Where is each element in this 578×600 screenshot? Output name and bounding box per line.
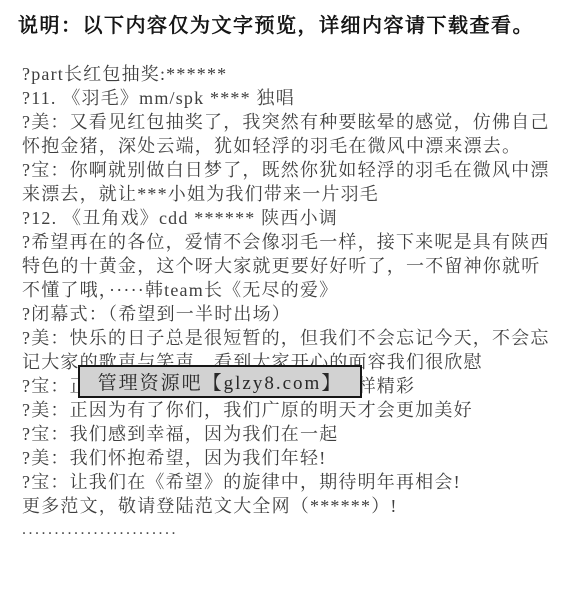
- text-line: 特色的十黄金，这个呀大家就更要好好听了，一不留神你就听: [22, 254, 578, 278]
- document-preview-page: 说明：以下内容仅为文字预览，详细内容请下载查看。 ?part长红包抽奖:****…: [0, 0, 578, 600]
- text-line: 不懂了哦，·····韩team长《无尽的爱》: [22, 278, 578, 302]
- watermark-text: 管理资源吧【glzy8.com】: [98, 368, 343, 395]
- text-line: ?闭幕式：（希望到一半时出场）: [22, 302, 578, 326]
- dotted-line: ........................: [22, 518, 578, 542]
- preview-text-body: ?part长红包抽奖:****** ?11. 《羽毛》mm/spk **** 独…: [0, 62, 578, 542]
- text-line: ?宝：让我们在《希望》的旋律中，期待明年再相会!: [22, 470, 578, 494]
- text-line: ?宝：我们感到幸福，因为我们在一起: [22, 422, 578, 446]
- text-line: 怀抱金猪，深处云端，犹如轻浮的羽毛在微风中漂来漂去。: [22, 134, 578, 158]
- text-line: 来漂去，就让***小姐为我们带来一片羽毛: [22, 182, 578, 206]
- text-line: ?part长红包抽奖:******: [22, 62, 578, 86]
- text-line: ?美：快乐的日子总是很短暂的，但我们不会忘记今天，不会忘: [22, 326, 578, 350]
- watermark-box: 管理资源吧【glzy8.com】: [78, 365, 362, 398]
- text-line: ?希望再在的各位，爱情不会像羽毛一样，接下来呢是具有陕西: [22, 230, 578, 254]
- text-line: ?美：我们怀抱希望，因为我们年轻!: [22, 446, 578, 470]
- text-line: ?12. 《丑角戏》cdd ****** 陕西小调: [22, 206, 578, 230]
- text-line: ?美：正因为有了你们，我们广原的明天才会更加美好: [22, 398, 578, 422]
- text-line: ?宝：你啊就别做白日梦了，既然你犹如轻浮的羽毛在微风中漂: [22, 158, 578, 182]
- text-line: ?11. 《羽毛》mm/spk **** 独唱: [22, 86, 578, 110]
- text-line: 更多范文，敬请登陆范文大全网（******）!: [22, 494, 578, 518]
- preview-notice: 说明：以下内容仅为文字预览，详细内容请下载查看。: [0, 0, 578, 40]
- text-line: ?美：又看见红包抽奖了，我突然有种要眩晕的感觉，仿佛自己: [22, 110, 578, 134]
